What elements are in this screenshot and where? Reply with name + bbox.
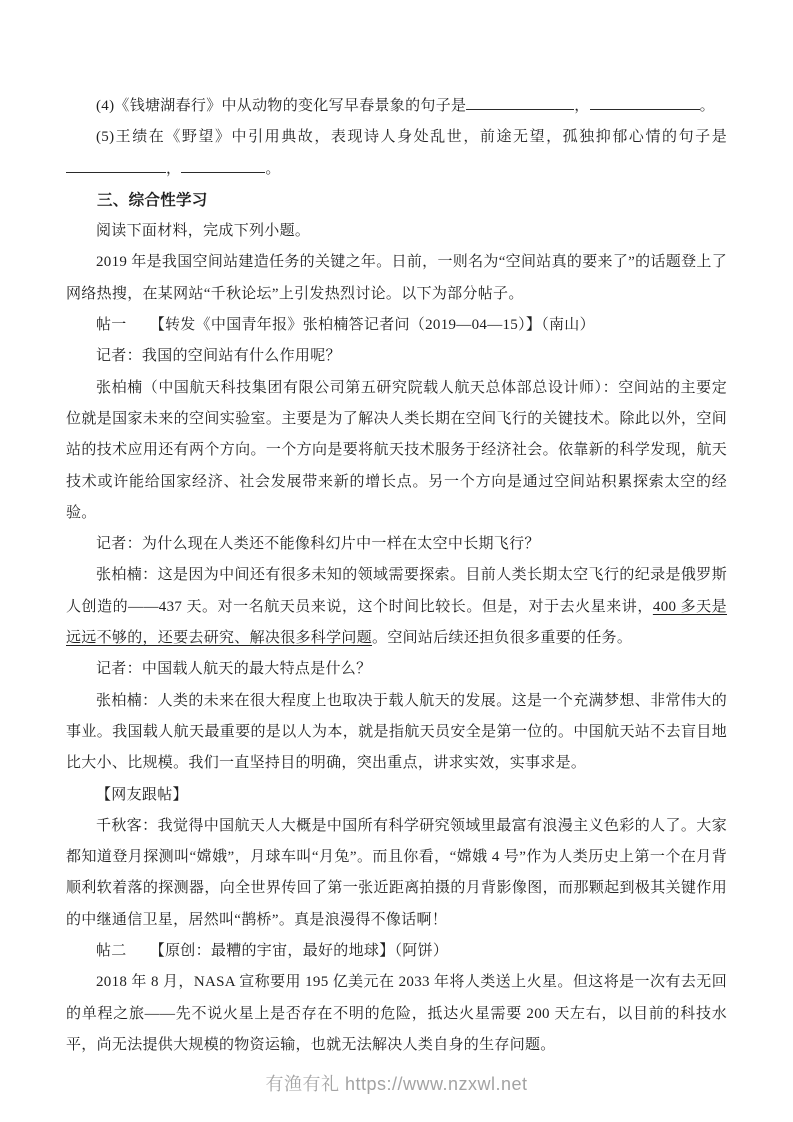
answer-blank xyxy=(590,95,700,110)
question-4: (4)《钱塘湖春行》中从动物的变化写早春景象的句子是，。 xyxy=(66,91,727,122)
text-run: (4)《钱塘湖春行》中从动物的变化写早春景象的句子是 xyxy=(96,98,466,114)
qianqiuke-reply: 千秋客：我觉得中国航天人大概是中国所有科学研究领域里最富有浪漫主义色彩的人了。大… xyxy=(66,811,727,936)
text-run: 2019 年是我国空间站建造任务的关键之年。日前，一则名为“空间站真的要来了”的… xyxy=(66,254,727,301)
instruction: 阅读下面材料，完成下列小题。 xyxy=(66,216,727,247)
text-run: (5)王绩在《野望》中引用典故，表现诗人身处乱世，前途无望，孤独抑郁心情的句子是 xyxy=(96,129,727,145)
zhang-answer-3: 张柏楠：人类的未来在很大程度上也取决于载人航天的发展。这是一个充满梦想、非常伟大… xyxy=(66,686,727,780)
document-page: (4)《钱塘湖春行》中从动物的变化写早春景象的句子是，。(5)王绩在《野望》中引… xyxy=(0,0,793,1122)
text-run: ， xyxy=(166,161,181,177)
text-run: 千秋客：我觉得中国航天人大概是中国所有科学研究领域里最富有浪漫主义色彩的人了。大… xyxy=(66,818,727,928)
text-run: 帖二 【原创：最糟的宇宙，最好的地球】（阿饼） xyxy=(96,943,448,959)
text-run: 阅读下面材料，完成下列小题。 xyxy=(96,223,310,239)
post-one-title: 帖一 【转发《中国青年报》张柏楠答记者问（2019—04—15）】（南山） xyxy=(66,310,727,341)
text-run: 张柏楠：人类的未来在很大程度上也取决于载人航天的发展。这是一个充满梦想、非常伟大… xyxy=(66,693,727,772)
zhang-answer-2: 张柏楠：这是因为中间还有很多未知的领域需要探索。目前人类长期太空飞行的纪录是俄罗… xyxy=(66,560,727,654)
post-two-body: 2018 年 8 月，NASA 宣称要用 195 亿美元在 2033 年将人类送… xyxy=(66,967,727,1061)
reporter-question-2: 记者：为什么现在人类还不能像科幻片中一样在太空中长期飞行？ xyxy=(66,529,727,560)
text-run: 三、综合性学习 xyxy=(97,192,208,209)
text-run: 记者：我国的空间站有什么作用呢？ xyxy=(96,348,341,364)
text-run: 张柏楠：这是因为中间还有很多未知的领域需要探索。目前人类长期太空飞行的纪录是俄罗… xyxy=(66,567,727,614)
answer-blank xyxy=(66,157,166,172)
reporter-question-3: 记者：中国载人航天的最大特点是什么？ xyxy=(66,654,727,685)
text-run: 2018 年 8 月，NASA 宣称要用 195 亿美元在 2033 年将人类送… xyxy=(66,974,727,1053)
text-run: 记者：中国载人航天的最大特点是什么？ xyxy=(96,661,371,677)
netizen-replies-label: 【网友跟帖】 xyxy=(66,780,727,811)
text-run: 。 xyxy=(700,98,715,114)
question-5: (5)王绩在《野望》中引用典故，表现诗人身处乱世，前途无望，孤独抑郁心情的句子是… xyxy=(66,122,727,185)
answer-blank xyxy=(466,95,574,110)
answer-blank xyxy=(181,157,265,172)
text-run: 。空间站后续还担负很多重要的任务。 xyxy=(372,630,632,646)
post-two-title: 帖二 【原创：最糟的宇宙，最好的地球】（阿饼） xyxy=(66,936,727,967)
section-heading: 三、综合性学习 xyxy=(66,185,727,216)
text-run: 张柏楠（中国航天科技集团有限公司第五研究院载人航天总体部总设计师）：空间站的主要… xyxy=(66,380,727,521)
text-run: 。 xyxy=(265,161,280,177)
text-run: 【网友跟帖】 xyxy=(96,787,188,803)
text-run: 帖一 【转发《中国青年报》张柏楠答记者问（2019—04—15）】（南山） xyxy=(96,317,595,333)
text-run: ， xyxy=(574,98,589,114)
document-body: (4)《钱塘湖春行》中从动物的变化写早春景象的句子是，。(5)王绩在《野望》中引… xyxy=(66,91,727,1061)
watermark-footer: 有渔有礼 https://www.nzxwl.net xyxy=(0,1070,793,1096)
text-run: 记者：为什么现在人类还不能像科幻片中一样在太空中长期飞行？ xyxy=(96,536,540,552)
zhang-answer-1: 张柏楠（中国航天科技集团有限公司第五研究院载人航天总体部总设计师）：空间站的主要… xyxy=(66,373,727,529)
intro-paragraph: 2019 年是我国空间站建造任务的关键之年。日前，一则名为“空间站真的要来了”的… xyxy=(66,247,727,310)
reporter-question-1: 记者：我国的空间站有什么作用呢？ xyxy=(66,341,727,372)
